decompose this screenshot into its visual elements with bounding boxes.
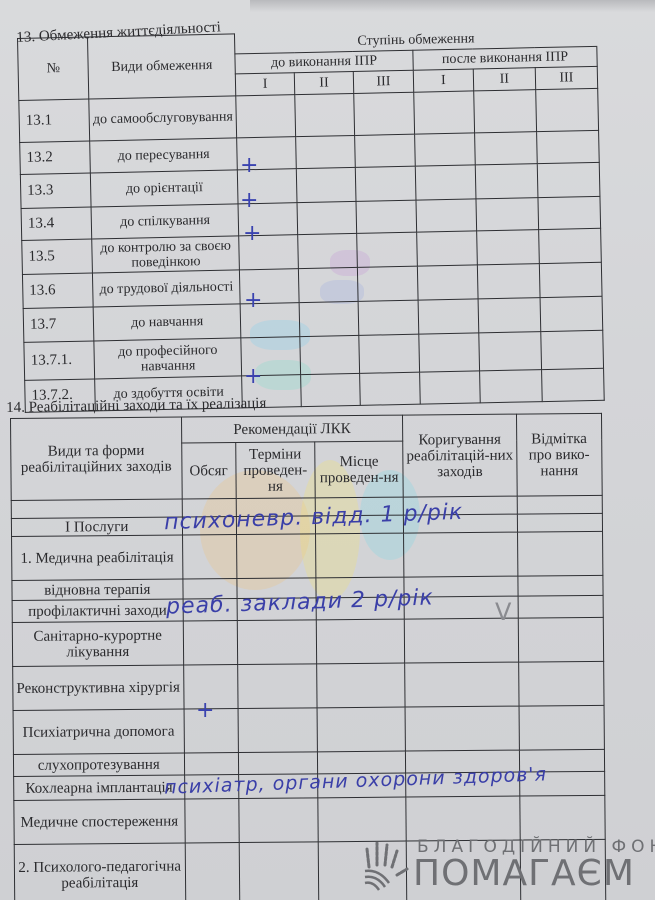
row-label: до спілкування (91, 204, 238, 239)
table-row: Санітарно-курортне лікування (12, 617, 603, 666)
hand-icon (359, 839, 409, 891)
header-place: Місце проведен-ня (315, 441, 404, 498)
measure-cell (317, 663, 406, 708)
measure-cell (317, 707, 406, 752)
measure-cell (239, 842, 319, 900)
degree-cell (476, 198, 539, 231)
measure-cell (518, 575, 603, 596)
row-number: 13.2 (20, 141, 91, 174)
degree-cell (419, 371, 480, 404)
degree-cell (538, 196, 601, 229)
mark-13-3: + (240, 155, 258, 177)
degree-cell (298, 233, 358, 268)
degree-cell (474, 90, 537, 133)
degree-cell (536, 130, 599, 163)
degree-cell (417, 265, 478, 300)
degree-cell (355, 166, 416, 201)
row-label: слухопротезування (13, 753, 184, 776)
degree-cell (477, 264, 540, 299)
degree-cell (414, 91, 475, 134)
degree-cell (418, 299, 479, 334)
row-label: до професійного навчання (94, 338, 242, 379)
rehabilitation-table: Види та форми реабілітаційних заходів Ре… (10, 413, 606, 900)
measure-cell (185, 843, 240, 900)
level-before-3: III (353, 70, 413, 93)
row-label: до самообслуговування (89, 96, 237, 141)
degree-cell (356, 200, 417, 233)
row-label: 2. Психолого-педагогічна реабілітація (14, 843, 185, 900)
degree-cell (479, 370, 542, 403)
degree-cell (354, 92, 415, 135)
measure-cell (316, 619, 405, 664)
row-label: 1. Медична реабілітація (12, 535, 183, 580)
document-page: 13. Обмеження життєдіяльності № Види обм… (0, 0, 655, 900)
row-number: 13.1 (19, 99, 90, 142)
degree-cell (357, 266, 418, 301)
row-number: 13.7 (23, 307, 94, 342)
measure-cell (184, 799, 239, 843)
header-mark: Відмітка про вико-нання (516, 413, 602, 496)
measure-cell (184, 753, 238, 775)
table-row: 1. Медична реабілітація (12, 531, 603, 580)
measure-cell (517, 531, 603, 576)
measure-cell (518, 595, 604, 618)
degree-cell (298, 267, 358, 302)
table-row: Психіатрична допомога (13, 705, 604, 754)
header-num: № (18, 37, 90, 100)
measure-cell (239, 798, 319, 843)
degree-cell (474, 132, 537, 165)
degree-cell (357, 232, 418, 267)
degree-cell (536, 88, 599, 131)
row-number: 13.5 (22, 239, 93, 274)
degree-cell (478, 298, 541, 333)
degree-cell (297, 201, 357, 234)
degree-cell (475, 164, 538, 199)
measure-cell (316, 533, 405, 578)
level-after-2: II (473, 68, 535, 91)
row-label: до орієнтації (91, 170, 238, 207)
measure-cell (404, 532, 518, 577)
degree-cell (236, 95, 296, 138)
degree-cell (415, 165, 476, 200)
charity-logo: БЛАГОДІЙНИЙ ФОНД ПОМАГАЄМ (355, 835, 655, 895)
degree-cell (359, 334, 420, 373)
degree-cell (358, 300, 419, 335)
degree-cell (479, 332, 542, 371)
logo-title: ПОМАГАЄМ (413, 853, 635, 894)
degree-cell (539, 262, 602, 297)
section-14-title: 14. Реабілітаційні заходи та їх реалізац… (6, 395, 266, 417)
degree-cell (296, 135, 356, 168)
header-lkk: Рекомендації ЛКК (181, 415, 403, 443)
level-before-1: I (235, 73, 294, 96)
measure-cell (519, 795, 605, 840)
degree-cell (540, 296, 603, 331)
header-kinds: Види та форми реабілітаційних заходів (11, 417, 182, 500)
page-edge-shadow (250, 0, 655, 12)
degree-cell (477, 230, 540, 265)
measure-cell (238, 708, 318, 753)
degree-cell (300, 335, 360, 374)
limitations-table: № Види обмеження Ступінь обмеження до ви… (17, 26, 605, 413)
measure-cell (517, 513, 602, 532)
row-number: 13.3 (20, 173, 91, 208)
row-label: Кохлеарна імплантація (14, 775, 185, 800)
measure-cell (182, 535, 237, 579)
degree-cell (419, 333, 480, 372)
degree-cell (417, 231, 478, 266)
row-label: Психіатрична допомога (13, 709, 184, 754)
degree-cell (301, 373, 361, 406)
degree-cell (295, 93, 355, 136)
level-before-2: II (294, 71, 353, 94)
measure-cell (237, 620, 317, 665)
degree-cell (355, 134, 416, 167)
degree-cell (360, 372, 421, 405)
header-correction: Коригування реабілітацій-них заходів (403, 414, 517, 497)
row-label: I Послуги (11, 517, 182, 536)
check-mark: V (495, 598, 511, 626)
table-row: Реконструктивна хірургія (13, 661, 604, 710)
degree-cell (296, 167, 356, 202)
measure-cell (236, 534, 316, 579)
measure-cell (237, 664, 317, 709)
row-number: 13.6 (22, 273, 93, 308)
row-label: до контролю за своєю поведінкою (92, 236, 239, 273)
degree-cell (539, 228, 602, 263)
row-label: до пересування (90, 138, 237, 173)
degree-cell (299, 301, 359, 336)
level-after-1: I (413, 69, 473, 92)
row-label: профілактичні заходи (12, 599, 183, 622)
mark-13-7-2: + (244, 366, 262, 388)
level-after-3: III (535, 66, 598, 89)
measure-cell (518, 661, 604, 706)
row-label: Медичне спостереження (14, 799, 185, 844)
row-label: до навчання (93, 304, 240, 341)
mark-13-5: + (243, 223, 261, 245)
row-label: до трудової діяльності (93, 270, 240, 307)
header-volume: Обсяг (181, 443, 236, 499)
row-number: 13.7.1. (24, 341, 95, 380)
degree-cell (415, 133, 476, 166)
measure-cell (183, 621, 238, 665)
degree-cell (541, 368, 604, 401)
row-label: Санітарно-курортне лікування (12, 621, 183, 666)
row-label: Реконструктивна хірургія (13, 665, 184, 710)
degree-cell (541, 330, 604, 369)
row-number: 13.4 (21, 207, 92, 240)
measure-cell (405, 662, 519, 707)
measure-cell (518, 617, 604, 662)
measure-cell (405, 706, 519, 751)
measure-cell (519, 705, 605, 750)
mark-psychiatric-volume: + (196, 700, 214, 722)
header-terms: Терміни проведен-ня (235, 442, 315, 499)
degree-cell (537, 162, 600, 197)
degree-cell (416, 199, 477, 232)
header-kinds: Види обмеження (88, 34, 236, 99)
mark-13-7: + (244, 290, 262, 312)
row-label: відновна терапія (12, 579, 183, 600)
mark-13-4: + (240, 190, 258, 212)
